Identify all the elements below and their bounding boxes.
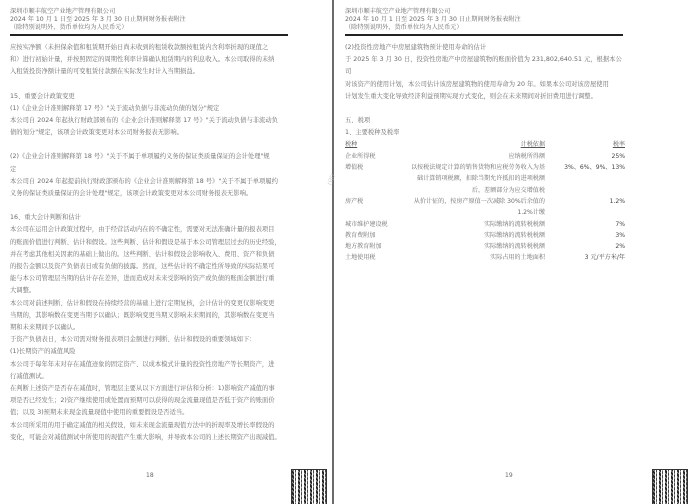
text-line: 当期的，其影响数在变更当期予以确认；既影响变更当期又影响未来期间的，其影响数在变… [10, 310, 290, 322]
company-name: 深圳市顺丰航空产业地产管理有限公司 [10, 8, 186, 16]
company-name: 深圳市顺丰航空产业地产管理有限公司 [345, 8, 521, 16]
text-line: 在判断上述资产是否存在减值时，管理层主要从以下方面进行评估和分析：1)影响资产减… [10, 383, 290, 395]
document-page-19: 深圳市顺丰航空产业地产管理有限公司 2024 年 10 月 1 日至 2025 … [335, 0, 700, 504]
tax-type-cell: 教育费附加 [345, 230, 405, 241]
tax-basis-cell: 应纳税所得额 [405, 151, 545, 162]
column-header-tax-type: 税种 [345, 139, 405, 150]
tax-rate-cell: 3 元/平方米/年 [545, 252, 625, 263]
text-line: 义务的保证类质量保证的会计处理"规定，该项会计政策变更对本公司财务报表无影响。 [10, 188, 290, 200]
text-line: (2)《企业会计准则解释第 18 号》"关于不属于单项履约义务的保证类质量保证的… [10, 151, 290, 163]
text-line: 入租赁投资净额计量的可变租赁付款额在实际发生时计入当期损益。 [10, 66, 290, 78]
tax-type-cell: 房产税 [345, 196, 405, 219]
table-row: 地方教育附加实际缴纳的流转税税额2% [345, 241, 625, 252]
table-row: 房产税从价计征的，按房产原值一次减除 30%后余值的 1.2%计缴1.2% [345, 196, 625, 219]
text-line: 应按实净额（未担保余值和租赁期开始日尚未收到的租赁收款额按租赁内含利率折现的现值… [10, 42, 290, 54]
paragraph-gap [345, 103, 625, 115]
text-line: 本公司自 2024 年起提前执行财政部颁布的《企业会计准则解释第 18 号》"关… [10, 176, 290, 188]
page-header: 深圳市顺丰航空产业地产管理有限公司 2024 年 10 月 1 日至 2025 … [10, 8, 186, 32]
text-line: 本公司所采用的用于确定减值的相关假设，如未来现金流量现值方法中的折现率及增长率假… [10, 420, 290, 432]
tax-rate-cell: 2% [545, 241, 625, 252]
table-header-row: 税种 计税依据 税率 [345, 139, 625, 150]
tax-type-cell: 城市维护建设税 [345, 219, 405, 230]
tax-rates-table: 税种 计税依据 税率 企业所得税应纳税所得额25%增值税以按税法规定计算的销售货… [345, 139, 625, 263]
text-line: 行减值测试。 [10, 371, 290, 383]
text-line: 1、主要税种及税率 [345, 127, 625, 139]
report-period: 2024 年 10 月 1 日至 2025 年 3 月 30 日止期间财务报表附… [10, 16, 186, 24]
text-line: 并在考虑其他相关因素的基础上做出的。这些判断、估计和假设会影响收入、费用、资产和… [10, 249, 290, 261]
table-row: 企业所得税应纳税所得额25% [345, 151, 625, 162]
text-line: 本公司在运用会计政策过程中，由于经营活动内在的不确定性，需要对无法准确计量的报表… [10, 224, 290, 236]
document-page-18: 深圳市顺丰航空产业地产管理有限公司 2024 年 10 月 1 日至 2025 … [0, 0, 333, 504]
table-row: 增值税以按税法规定计算的销售货物和应税劳务收入为基础计算销项税额，扣除当期允许抵… [345, 162, 625, 196]
column-header-tax-rate: 税率 [545, 139, 625, 150]
column-header-tax-basis: 计税依据 [405, 139, 545, 150]
tax-rate-cell: 25% [545, 151, 625, 162]
page-body: (2)投资性房地产中房屋建筑物预计使用寿命的估计于 2025 年 3 月 30 … [345, 42, 625, 264]
text-line: 定 [10, 164, 290, 176]
text-line: 计划发生重大变化导致经济利益预期实现方式变化，则会在未来期间对折旧费用进行调整。 [345, 91, 625, 103]
currency-note: （除特别说明外，货币单位均为人民币元） [345, 24, 521, 32]
text-line: 本公司自 2024 年起执行财政部颁布的《企业会计准则解释第 17 号》"关于流… [10, 115, 290, 127]
text-line: 值；以及 3)预期未来现金流量现值中使用的重要假设是否适当。 [10, 407, 290, 419]
tax-rate-cell: 1.2% [545, 196, 625, 219]
tax-rate-cell: 3%、6%、9%、13% [545, 162, 625, 196]
text-line: 对该资产的使用计划，本公司估计该房屋建筑物的使用寿命为 20 年。如果本公司对该… [345, 79, 625, 91]
text-line: 和）进行初始计量，并按照固定的周期性利率计算确认租赁期内的利息收入。本公司取得的… [10, 54, 290, 66]
text-line: 变化，可能会对减值测试中所使用的现值产生重大影响，并导致本公司的上述长期资产出现… [10, 432, 290, 444]
header-rule [345, 34, 623, 36]
text-line: 五、税项 [345, 115, 625, 127]
page-number: 19 [505, 472, 513, 479]
text-line: 本公司于每年年末对存在减值迹象的固定资产、以成本模式计量的投资性房地产等长期资产… [10, 359, 290, 371]
text-line: 的报告金额以及资产负债表日或有负债的披露。然而，这些估计的不确定性所导致的实际结… [10, 261, 290, 273]
tax-type-cell: 企业所得税 [345, 151, 405, 162]
tax-rate-cell: 7% [545, 219, 625, 230]
text-line: 项是否已经发生；2)资产继续使用或处置而预期可以获得的现金流量现值是否低于资产的… [10, 395, 290, 407]
text-line: (1)《企业会计准则解释第 17 号》"关于流动负债与非流动负债的划分"规定 [10, 103, 290, 115]
qr-code-icon [292, 470, 326, 504]
paragraph-gap [10, 200, 290, 212]
text-line: 债的划分"规定，该项会计政策变更对本公司财务报表无影响。 [10, 127, 290, 139]
paragraph-gap [10, 79, 290, 91]
text-line: 于 2025 年 3 月 30 日，投资性房地产中房屋建筑物的账面价值为 231… [345, 54, 625, 78]
page-body: 应按实净额（未担保余值和租赁期开始日尚未收到的租赁收款额按租赁内含利率折现的现值… [10, 42, 290, 444]
tax-basis-cell: 以按税法规定计算的销售货物和应税劳务收入为基础计算销项税额，扣除当期允许抵扣的进… [405, 162, 545, 196]
text-line: 于资产负债表日，本公司需对财务报表项目金额进行判断、估计和假设的重要领域如下： [10, 334, 290, 346]
text-line: 16、重大会计判断和估计 [10, 212, 290, 224]
tax-basis-cell: 实际缴纳的流转税税额 [405, 230, 545, 241]
tax-basis-cell: 实际缴纳的流转税税额 [405, 241, 545, 252]
tax-rate-cell: 3% [545, 230, 625, 241]
text-line: 本公司对前述判断、估计和假设在持续经营的基础上进行定期复核，会计估计的变更仅影响… [10, 298, 290, 310]
page-header: 深圳市顺丰航空产业地产管理有限公司 2024 年 10 月 1 日至 2025 … [345, 8, 521, 32]
tax-type-cell: 增值税 [345, 162, 405, 196]
table-row: 土地使用税实际占用的土地面积3 元/平方米/年 [345, 252, 625, 263]
report-period: 2024 年 10 月 1 日至 2025 年 3 月 30 日止期间财务报表附… [345, 16, 521, 24]
table-row: 城市维护建设税实际缴纳的流转税税额7% [345, 219, 625, 230]
page-number: 18 [146, 472, 154, 479]
tax-basis-cell: 从价计征的，按房产原值一次减除 30%后余值的 1.2%计缴 [405, 196, 545, 219]
tax-basis-cell: 实际占用的土地面积 [405, 252, 545, 263]
text-line: 15、重要会计政策变更 [10, 91, 290, 103]
text-line: 的账面价值进行判断、估计和假设。这些判断、估计和假设是基于本公司管理层过去的历史… [10, 237, 290, 249]
text-line: 能与本公司管理层当期的估计存在差异，进而造成对未来受影响的资产或负债的账面金额进… [10, 273, 290, 285]
qr-code-icon [653, 470, 687, 504]
tax-basis-cell: 实际缴纳的流转税税额 [405, 219, 545, 230]
text-line: (1)长期资产的减值风险 [10, 346, 290, 358]
currency-note: （除特别说明外，货币单位均为人民币元） [10, 24, 186, 32]
paragraph-gap [10, 139, 290, 151]
text-line: 期和未来期间予以确认。 [10, 322, 290, 334]
table-row: 教育费附加实际缴纳的流转税税额3% [345, 230, 625, 241]
text-line: (2)投资性房地产中房屋建筑物预计使用寿命的估计 [345, 42, 625, 54]
header-rule [10, 34, 288, 36]
tax-type-cell: 地方教育附加 [345, 241, 405, 252]
text-line: 大调整。 [10, 285, 290, 297]
tax-type-cell: 土地使用税 [345, 252, 405, 263]
